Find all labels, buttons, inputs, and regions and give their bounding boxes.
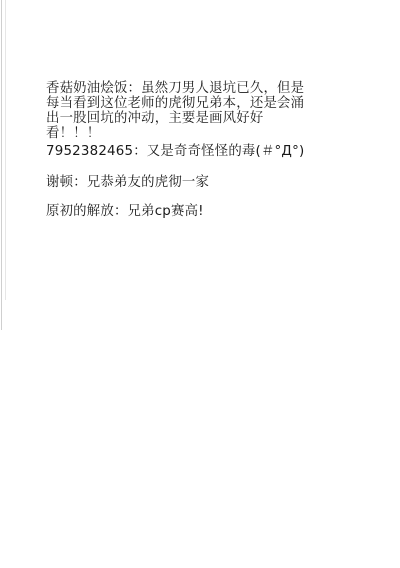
comment-author: 原初的解放: [46, 204, 114, 219]
comment-author: 香菇奶油烩饭: [46, 81, 128, 96]
comment-text: 兄弟cp赛高!: [128, 204, 204, 219]
comment: 谢顿：兄恭弟友的虎彻一家: [46, 175, 209, 190]
comment-separator: ：: [133, 144, 147, 159]
comment: 香菇奶油烩饭：虽然刀男人退坑已久，但是每当看到这位老师的虎彻兄弟本，还是会涌出一…: [46, 81, 311, 141]
comment: 原初的解放：兄弟cp赛高!: [46, 204, 204, 219]
comment-author: 谢顿: [46, 175, 73, 190]
comment-text: 兄恭弟友的虎彻一家: [87, 175, 209, 190]
comment-separator: ：: [73, 175, 87, 190]
scan-edge-line: [5, 0, 6, 300]
comment-separator: ：: [114, 204, 128, 219]
comment-separator: ：: [128, 81, 142, 96]
comment-text: 又是奇奇怪怪的毒(＃°Д°): [147, 144, 305, 159]
comment: 7952382465：又是奇奇怪怪的毒(＃°Д°): [46, 144, 304, 159]
comment-author: 7952382465: [46, 144, 133, 159]
scan-edge-line: [1, 0, 2, 330]
comment-page: 香菇奶油烩饭：虽然刀男人退坑已久，但是每当看到这位老师的虎彻兄弟本，还是会涌出一…: [46, 81, 311, 141]
